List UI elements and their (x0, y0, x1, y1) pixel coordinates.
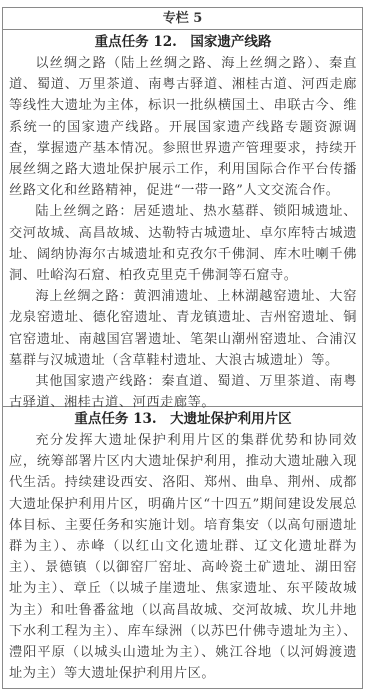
paragraph: 充分发挥大遗址保护利用片区的集群优势和协同效应，统筹部署片区内大遗址保护利用，推… (9, 430, 357, 684)
paragraph: 陆上丝绸之路：居延遗址、热水墓群、锁阳城遗址、交河故城、高昌故城、达勒特古城遗址… (9, 201, 357, 286)
box-title: 专栏 5 (3, 8, 362, 30)
section-heading: 重点任务 12. 国家遗产线路 (9, 31, 357, 53)
column-box: 专栏 5 重点任务 12. 国家遗产线路 以丝绸之路（陆上丝绸之路、海上丝绸之路… (2, 7, 363, 689)
section-task-13: 重点任务 13. 大遗址保护利用片区 充分发挥大遗址保护利用片区的集群优势和协同… (3, 407, 362, 686)
paragraph: 海上丝绸之路：黄泗浦遗址、上林湖越窑遗址、大窑龙泉窑遗址、德化窑遗址、青龙镇遗址… (9, 286, 357, 371)
paragraph: 以丝绸之路（陆上丝绸之路、海上丝绸之路）、秦直道、蜀道、万里茶道、南粤古驿道、湘… (9, 53, 357, 201)
section-task-12: 重点任务 12. 国家遗产线路 以丝绸之路（陆上丝绸之路、海上丝绸之路）、秦直道… (3, 30, 362, 407)
